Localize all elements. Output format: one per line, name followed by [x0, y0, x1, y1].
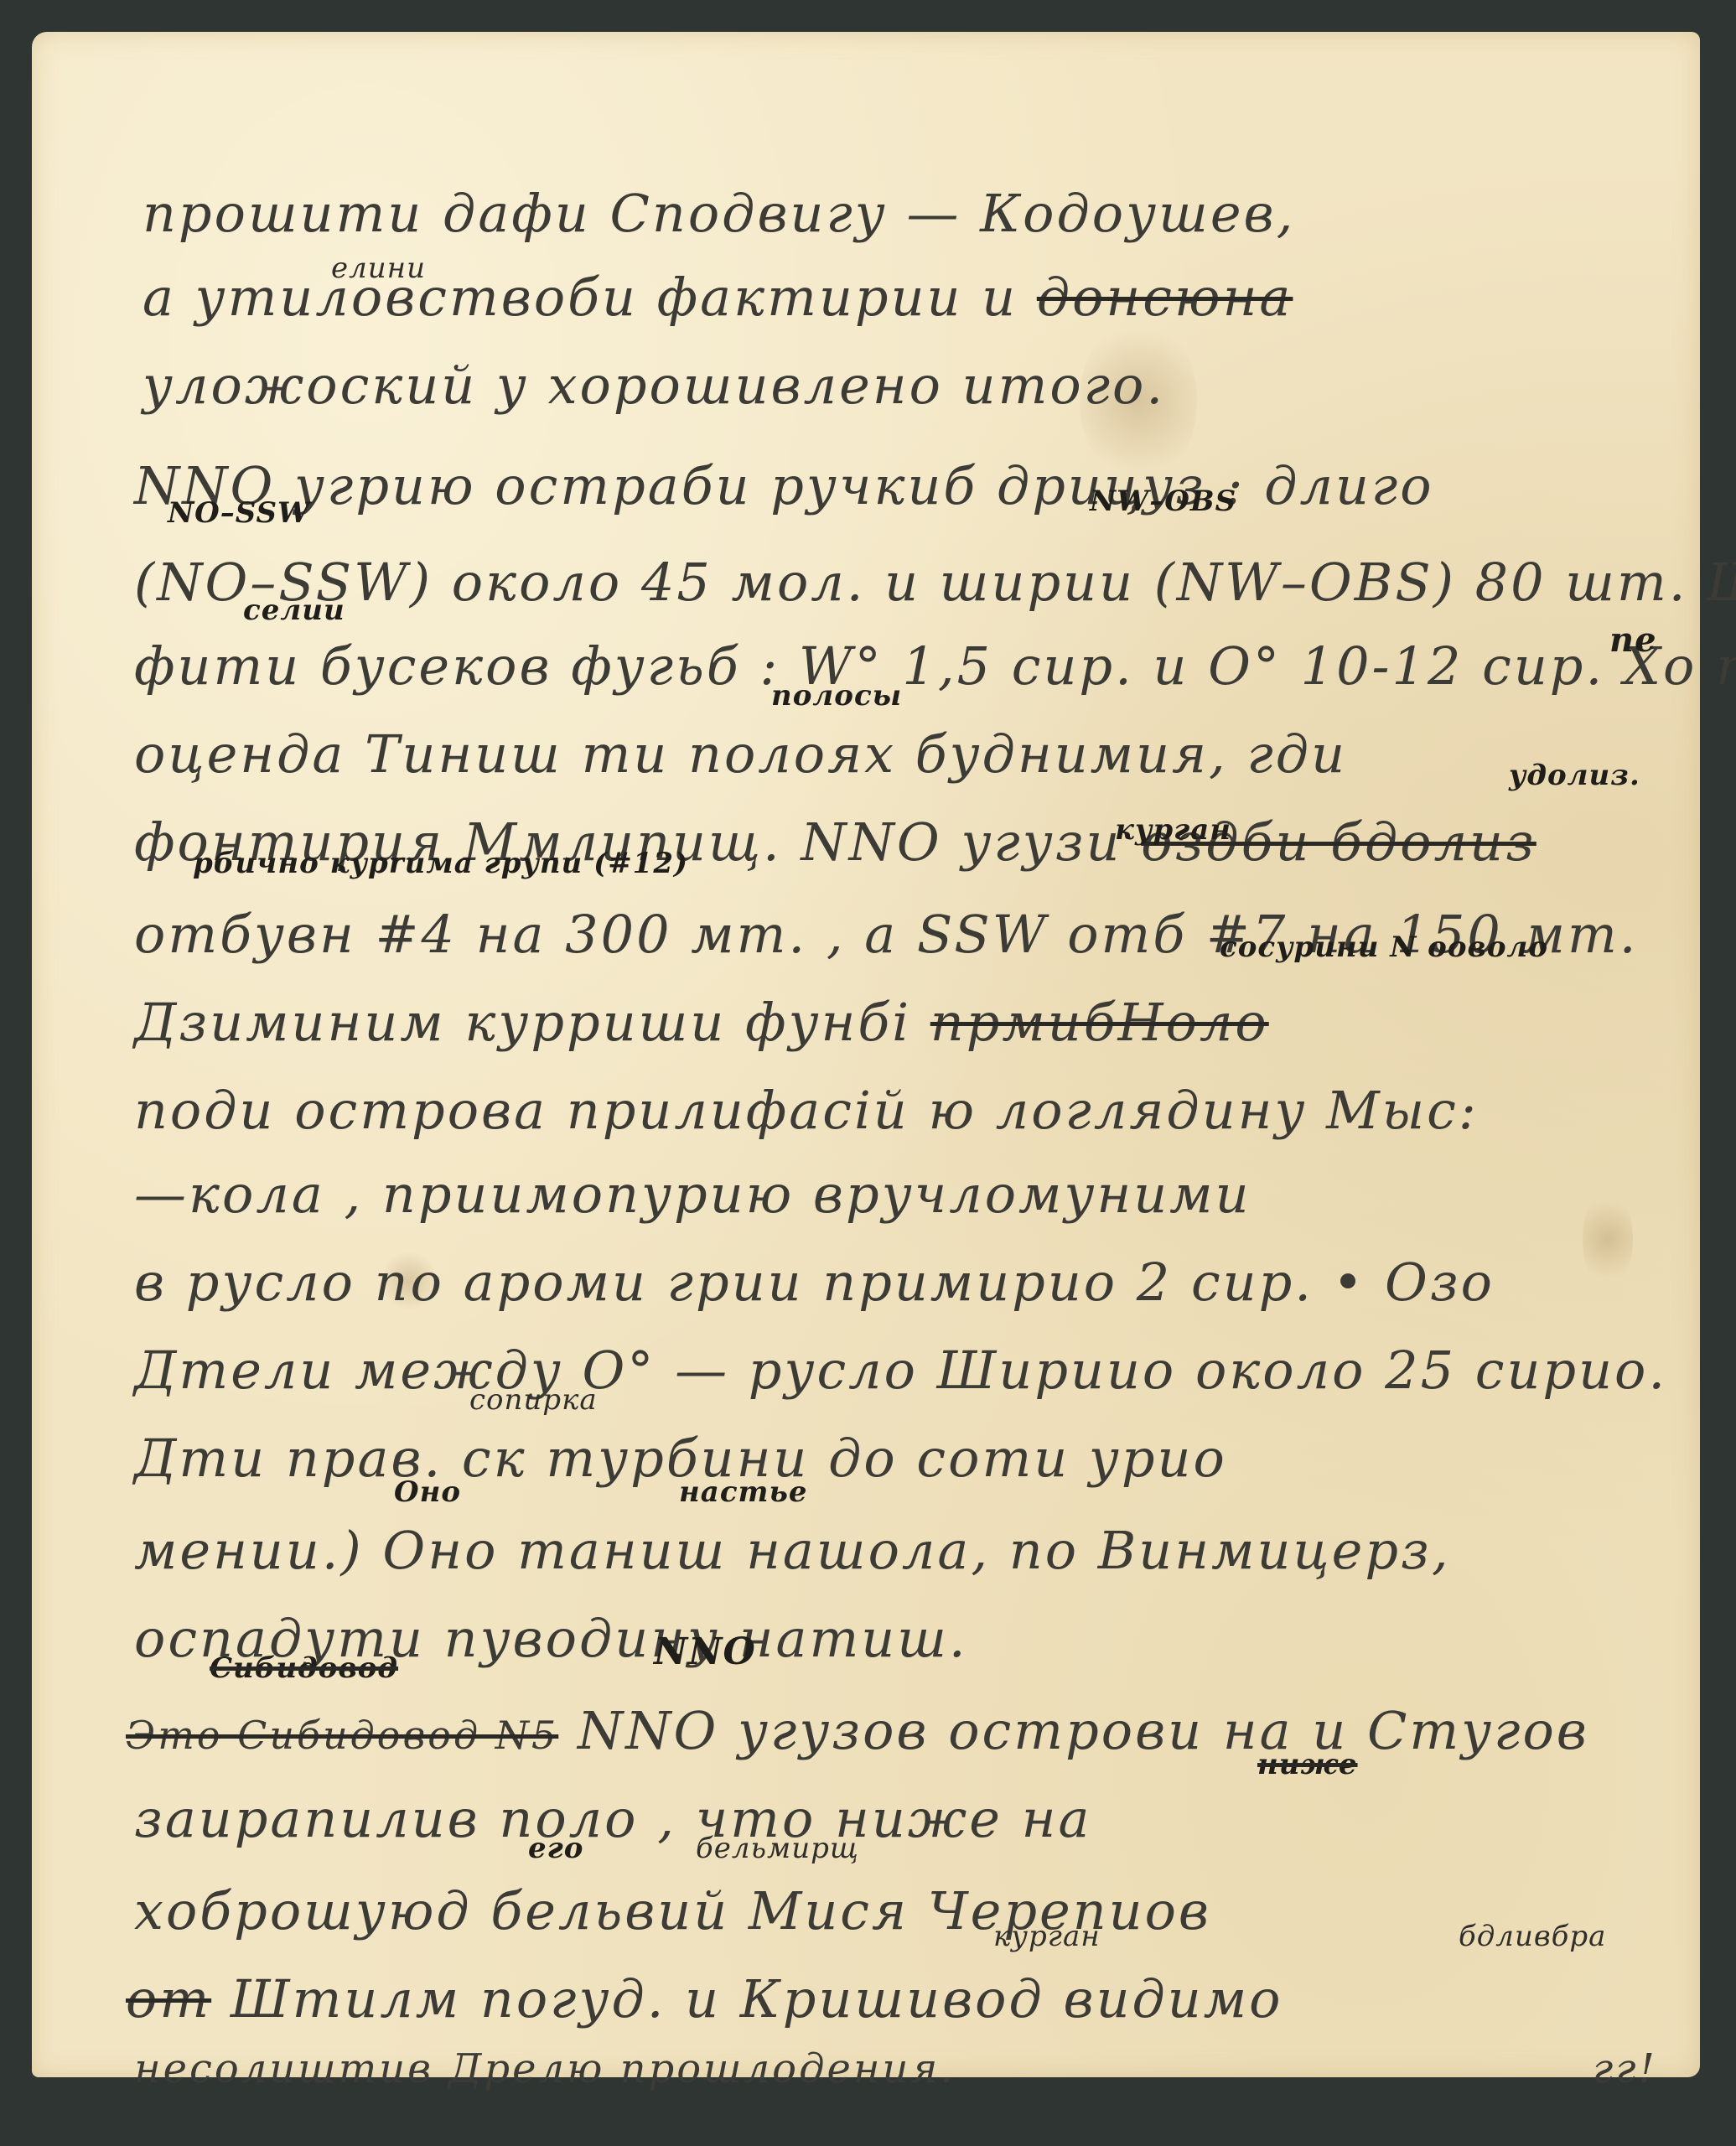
line-11: поди острова прилифасій ю логлядину Мыс:: [134, 1080, 1479, 1141]
line-19: заирапилив поло , что ниже на: [134, 1788, 1091, 1849]
annotation-insertion: курган: [993, 1920, 1101, 1953]
line-10-struck-word: прмибНоло: [930, 992, 1269, 1053]
line-22-text: несолиштив Дрелю прошлодения.: [134, 2045, 955, 2092]
line-12: —кола , приимопурию вручломуними: [134, 1164, 1251, 1225]
line-3: уложоский у хорошивлено итого.: [143, 355, 1165, 416]
paper-stain: [1583, 1189, 1633, 1289]
annotation-struck: ниже: [1257, 1748, 1358, 1781]
annotation-insertion: рбично курrима групи (#12): [193, 847, 688, 880]
line-16: мении.) Оно таниш нашола, по Винмицерз,: [134, 1520, 1451, 1581]
line-5: (NO–SSW) около 45 мол. и шириu (NW–OBS) …: [134, 552, 1736, 613]
line-18-struck-head: Это Сибидовод N5: [126, 1713, 558, 1758]
annotation-insertion: NW–OBS: [1090, 485, 1236, 518]
line-2: а утиловствоби фактирии и донсюна: [143, 267, 1293, 328]
annotation-insertion: курган: [1115, 813, 1231, 847]
annotation-insertion: Оно: [394, 1475, 461, 1509]
annotation-insertion: селии: [243, 594, 345, 627]
annotation-insertion: nе: [1609, 620, 1657, 660]
annotation-insertion: удолиз.: [1509, 759, 1640, 792]
line-10: Дзиминим курриши фунбі прмибНоло: [134, 992, 1269, 1053]
annotation-insertion: его: [528, 1832, 583, 1865]
line-6: фити бусеков фугьб : W° 1,5 сир. и O° 10…: [134, 635, 1736, 697]
annotation-insertion: NO–SSW: [168, 496, 310, 530]
line-21: от Штилм погуд. и Кришивод видимо: [126, 1968, 1283, 2029]
annotation-insertion: сопирка: [469, 1383, 598, 1417]
line-21-text: Штилм погуд. и Кришивод видимо: [231, 1968, 1283, 2029]
line-2-text: а утиловствоби фактирии и: [143, 267, 1018, 328]
line-4: NNO угрию остраби ручкиб дрицуз : длиго: [134, 455, 1434, 516]
annotation-insertion: бдливбра: [1459, 1920, 1606, 1953]
line-2-struck-word: донсюна: [1037, 267, 1293, 328]
line-10-text: Дзиминим курриши фунбі: [134, 992, 911, 1053]
annotation-insertion: NNO: [654, 1630, 756, 1673]
annotation-struck: Сибидовод: [210, 1651, 398, 1685]
line-14: Дтели между O° — русло Шириио около 25 с…: [134, 1340, 1667, 1401]
annotation-insertion: полосы: [771, 679, 902, 713]
line-7: оценда Тиниш ти полоях буднимия, гди: [134, 723, 1347, 785]
line-18-text: NNO угузов острови на и Стугов: [578, 1700, 1589, 1761]
annotation-insertion: елини: [331, 251, 426, 285]
annotation-insertion: настье: [679, 1475, 808, 1509]
manuscript-page: [32, 32, 1700, 2077]
line-22: несолиштив Дрелю прошлодения.: [134, 2045, 955, 2092]
line-1: прошити дафи Сподвигу — Кодоушев,: [143, 183, 1295, 244]
annotation-insertion: сосурини N ооволо: [1220, 930, 1548, 964]
line-21-struck-head: от: [126, 1968, 211, 2029]
line-13: в русло по ароми грии примирио 2 сир. • …: [134, 1252, 1495, 1313]
annotation-insertion: бельмирщ: [696, 1832, 859, 1865]
line-22-right-note: гг!: [1593, 2045, 1657, 2092]
line-18: Это Сибидовод N5 NNO угузов острови на и…: [126, 1700, 1589, 1761]
